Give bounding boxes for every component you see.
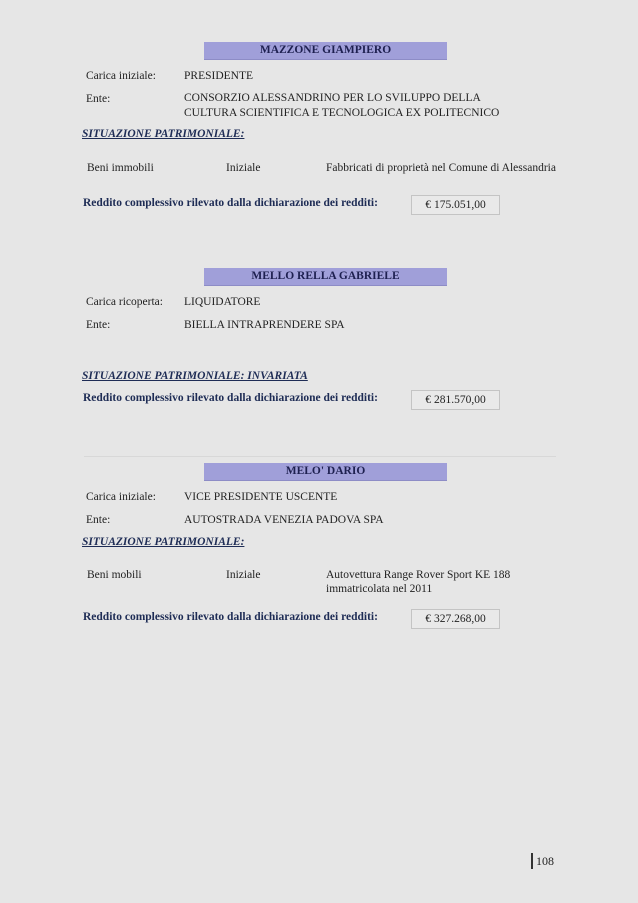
reddito-label: Reddito complessivo rilevato dalla dichi… — [83, 392, 378, 404]
asset-type: Beni immobili — [87, 161, 154, 175]
carica-label: Carica iniziale: — [86, 491, 156, 503]
situazione-patrimoniale-heading: SITUAZIONE PATRIMONIALE: INVARIATA — [82, 370, 308, 382]
ente-value: AUTOSTRADA VENEZIA PADOVA SPA — [184, 513, 384, 528]
ente-value: BIELLA INTRAPRENDERE SPA — [184, 318, 345, 333]
situazione-patrimoniale-heading: SITUAZIONE PATRIMONIALE: — [82, 536, 244, 548]
asset-description: Fabbricati di proprietà nel Comune di Al… — [326, 161, 556, 175]
reddito-value: € 175.051,00 — [411, 195, 500, 215]
carica-value: PRESIDENTE — [184, 69, 253, 84]
reddito-value: € 327.268,00 — [411, 609, 500, 629]
section-divider — [84, 456, 556, 457]
reddito-label: Reddito complessivo rilevato dalla dichi… — [83, 611, 378, 623]
reddito-value: € 281.570,00 — [411, 390, 500, 410]
ente-label: Ente: — [86, 514, 110, 526]
carica-value: VICE PRESIDENTE USCENTE — [184, 490, 337, 505]
person-name-header: MELLO RELLA GABRIELE — [204, 268, 447, 286]
asset-status: Iniziale — [226, 568, 260, 582]
asset-description: Autovettura Range Rover Sport KE 188 imm… — [326, 568, 510, 596]
asset-type: Beni mobili — [87, 568, 142, 582]
asset-status: Iniziale — [226, 161, 260, 175]
reddito-label: Reddito complessivo rilevato dalla dichi… — [83, 197, 378, 209]
person-name-header: MELO' DARIO — [204, 463, 447, 481]
situazione-patrimoniale-heading: SITUAZIONE PATRIMONIALE: — [82, 128, 244, 140]
ente-label: Ente: — [86, 93, 110, 105]
ente-value: CONSORZIO ALESSANDRINO PER LO SVILUPPO D… — [184, 91, 499, 121]
person-name-header: MAZZONE GIAMPIERO — [204, 42, 447, 60]
page-number: 108 — [531, 853, 554, 869]
ente-value-line1: CONSORZIO ALESSANDRINO PER LO SVILUPPO D… — [184, 91, 499, 106]
carica-label: Carica ricoperta: — [86, 296, 163, 308]
carica-value: LIQUIDATORE — [184, 295, 260, 310]
ente-label: Ente: — [86, 319, 110, 331]
ente-value-line2: CULTURA SCIENTIFICA E TECNOLOGICA EX POL… — [184, 106, 499, 121]
carica-label: Carica iniziale: — [86, 70, 156, 82]
asset-description-line1: Autovettura Range Rover Sport KE 188 — [326, 568, 510, 582]
asset-description-line2: immatricolata nel 2011 — [326, 582, 510, 596]
